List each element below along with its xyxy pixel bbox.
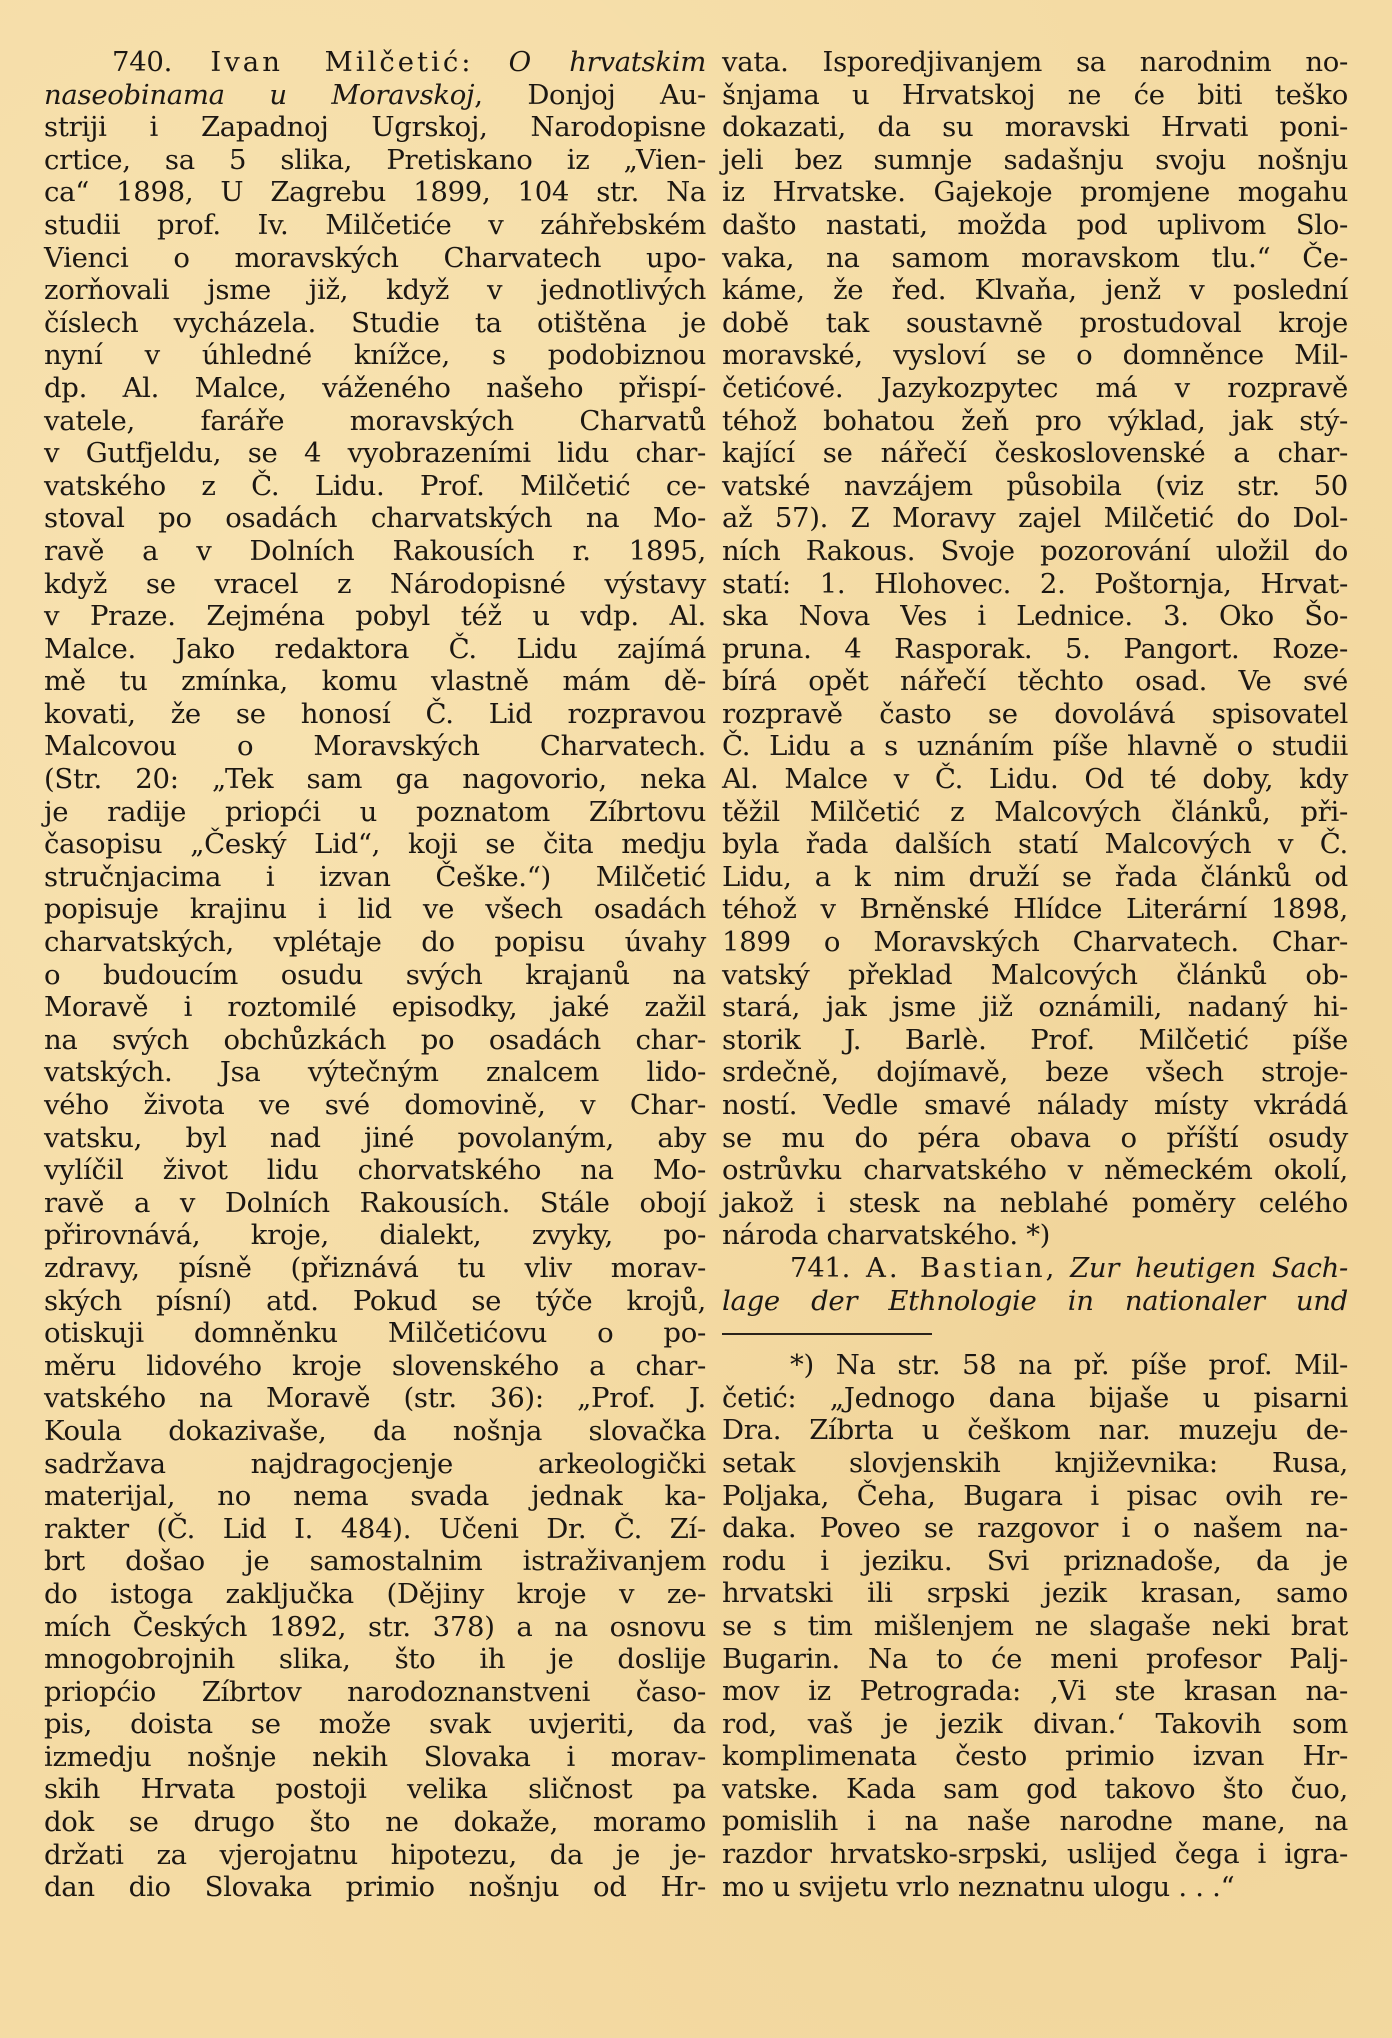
text-line: ských písní) atd. Pokud se týče krojů, xyxy=(44,1285,706,1318)
text-line: Č. Lidu a s uznáním píše hlavně o studii xyxy=(722,730,1348,763)
text-line: materijal, no nema svada jednak ka- xyxy=(44,1480,706,1513)
text-line: dok se drugo što ne dokaže, moramo xyxy=(44,1806,706,1839)
text-line: skih Hrvata postoji velika sličnost pa xyxy=(44,1773,706,1806)
text-line: razdor hrvatsko-srpski, uslijed čega i i… xyxy=(722,1838,1348,1871)
text-line: se mu do péra obava o příští osudy xyxy=(722,1122,1348,1155)
text-line: vylíčil život lidu chorvatského na Mo- xyxy=(44,1154,706,1187)
text-line: vatských. Jsa výtečným znalcem lido- xyxy=(44,1056,706,1089)
right-column: vata. Isporedjivanjem sa narodnim no-šnj… xyxy=(722,46,1348,1903)
text-line: těžil Milčetić z Malcových článků, při- xyxy=(722,796,1348,829)
text-line: rakter (Č. Lid I. 484). Učeni Dr. Č. Zí- xyxy=(44,1513,706,1546)
text-line: dašto nastati, možda pod uplivom Slo- xyxy=(722,209,1348,242)
text-line: pruna. 4 Rasporak. 5. Pangort. Roze- xyxy=(722,633,1348,666)
text-line: ca“ 1898, U Zagrebu 1899, 104 str. Na xyxy=(44,176,706,209)
text-line: do istoga zaključka (Dějiny kroje v ze- xyxy=(44,1578,706,1611)
text-line: jakož i stesk na neblahé poměry celého xyxy=(722,1187,1348,1220)
text-line: o budoucím osudu svých krajanů na xyxy=(44,959,706,992)
entry-author: Ivan Milčetić xyxy=(210,46,461,78)
text-line: káme, že řed. Klvaňa, jenž v poslední xyxy=(722,274,1348,307)
text-line: komplimenata često primio izvan Hr- xyxy=(722,1740,1348,1773)
text-line: rozpravě často se dovolává spisovatel xyxy=(722,698,1348,731)
text-line: (Str. 20: „Tek sam ga nagovorio, neka xyxy=(44,763,706,796)
footnote: *) Na str. 58 na př. píše prof. Mil-četi… xyxy=(722,1349,1348,1903)
text-line: době tak soustavně prostudoval kroje xyxy=(722,307,1348,340)
text-line: rodu i jeziku. Svi priznadoše, da je xyxy=(722,1545,1348,1578)
text-line: vatského z Č. Lidu. Prof. Milčetić ce- xyxy=(44,470,706,503)
text-line: ska Nova Ves i Lednice. 3. Oko Šo- xyxy=(722,600,1348,633)
text-line: mích Českých 1892, str. 378) a na osnovu xyxy=(44,1611,706,1644)
text-line: Lidu, a k nim druží se řada článků od xyxy=(722,861,1348,894)
text-line: izmedju nošnje nekih Slovaka i morav- xyxy=(44,1741,706,1774)
text-line: vatske. Kada sam god takovo što čuo, xyxy=(722,1773,1348,1806)
text-line: hrvatski ili srpski jezik krasan, samo xyxy=(722,1577,1348,1610)
text-line: vatský překlad Malcových článků ob- xyxy=(722,959,1348,992)
text-line: mě tu zmínka, komu vlastně mám dě- xyxy=(44,665,706,698)
text-line: téhož v Brněnské Hlídce Literární 1898, xyxy=(722,893,1348,926)
text-line: dokazati, da su moravski Hrvati poni- xyxy=(722,111,1348,144)
text-line: šnjama u Hrvatskoj ne će biti teško xyxy=(722,79,1348,112)
text-line: zorňovali jsme již, když v jednotlivých xyxy=(44,274,706,307)
text-line: četić: „Jednogo dana bijaše u pisarni xyxy=(722,1382,1348,1415)
text-line: naseobinama u Moravskoj, Donjoj Au- xyxy=(44,79,706,112)
entry-number: 741. xyxy=(790,1252,850,1284)
text-line: rod, vaš je jezik divan.‘ Takovih som xyxy=(722,1708,1348,1741)
text-line: priopćio Zíbrtov narodoznanstveni časo- xyxy=(44,1676,706,1709)
text-line: vatele, faráře moravských Charvatů xyxy=(44,405,706,438)
text-line: ností. Vedle smavé nálady místy vkrádá xyxy=(722,1089,1348,1122)
footnote-divider xyxy=(722,1333,932,1335)
text-line: mnogobrojnih slika, što ih je doslije xyxy=(44,1643,706,1676)
text-line: četićové. Jazykozpytec má v rozpravě xyxy=(722,372,1348,405)
text-line: vatské navzájem působila (viz str. 50 xyxy=(722,470,1348,503)
entry-740-body: naseobinama u Moravskoj, Donjoj Au-strij… xyxy=(44,79,706,1904)
entry-title-start: O hrvatskim xyxy=(509,46,706,78)
entry-title: Zur heutigen Sach- xyxy=(1070,1252,1348,1284)
text-line: dp. Al. Malce, váženého našeho přispí- xyxy=(44,372,706,405)
text-line: přirovnává, kroje, dialekt, zvyky, po- xyxy=(44,1219,706,1252)
text-line: striji i Zapadnoj Ugrskoj, Narodopisne xyxy=(44,111,706,144)
left-column: 740. Ivan Milčetić: O hrvatskim naseobin… xyxy=(44,46,706,1904)
text-line: jeli bez sumnje sadašnju svoju nošnju xyxy=(722,144,1348,177)
text-line: stoval po osadách charvatských na Mo- xyxy=(44,502,706,535)
text-line: když se vracel z Národopisné výstavy xyxy=(44,568,706,601)
text-line: pis, doista se može svak uvjeriti, da xyxy=(44,1708,706,1741)
text-line: brt došao je samostalnim istraživanjem xyxy=(44,1545,706,1578)
text-line: mo u svijetu vrlo neznatnu ulogu . . .“ xyxy=(722,1871,1348,1904)
text-line: národa charvatského. *) xyxy=(722,1219,1348,1252)
entry-author: A. Bastian xyxy=(866,1252,1046,1284)
entry-741-title-continued: lage der Ethnologie in nationaler und xyxy=(722,1285,1348,1318)
text-line: číslech vycházela. Studie ta otištěna je xyxy=(44,307,706,340)
text-line: studii prof. Iv. Milčetiće v záhřebském xyxy=(44,209,706,242)
text-line: kovati, že se honosí Č. Lid rozpravou xyxy=(44,698,706,731)
text-line: měru lidového kroje slovenského a char- xyxy=(44,1350,706,1383)
text-line: daka. Poveo se razgovor i o našem na- xyxy=(722,1512,1348,1545)
entry-740-heading: 740. Ivan Milčetić: O hrvatskim xyxy=(44,46,706,79)
text-line: až 57). Z Moravy zajel Milčetić do Dol- xyxy=(722,502,1348,535)
text-line: Bugarin. Na to će meni profesor Palj- xyxy=(722,1643,1348,1676)
text-line: iz Hrvatske. Gajekoje promjene mogahu xyxy=(722,176,1348,209)
text-line: Vienci o moravských Charvatech upo- xyxy=(44,242,706,275)
text-line: nyní v úhledné knížce, s podobiznou xyxy=(44,339,706,372)
text-line: ravě a v Dolních Rakousích. Stále obojí xyxy=(44,1187,706,1220)
entry-740-continuation: vata. Isporedjivanjem sa narodnim no-šnj… xyxy=(722,46,1348,1252)
text-line: charvatských, vplétaje do popisu úvahy xyxy=(44,926,706,959)
text-line: pomislih i na naše narodne mane, na xyxy=(722,1805,1348,1838)
text-line: popisuje krajinu i lid ve všech osadách xyxy=(44,893,706,926)
text-line: časopisu „Český Lid“, koji se čita medju xyxy=(44,828,706,861)
text-line: na svých obchůzkách po osadách char- xyxy=(44,1024,706,1057)
text-line: srdečně, dojímavě, beze všech stroje- xyxy=(722,1056,1348,1089)
text-line: stručnjacima i izvan Češke.“) Milčetić xyxy=(44,861,706,894)
text-line: sadržava najdragocjenje arkeologički xyxy=(44,1448,706,1481)
text-line: bírá opět nářečí těchto osad. Ve své xyxy=(722,665,1348,698)
text-line: dan dio Slovaka primio nošnju od Hr- xyxy=(44,1871,706,1904)
text-line: Al. Malce v Č. Lidu. Od té doby, kdy xyxy=(722,763,1348,796)
text-line: ních Rakous. Svoje pozorování uložil do xyxy=(722,535,1348,568)
text-line: Malce. Jako redaktora Č. Lidu zajímá xyxy=(44,633,706,666)
text-line: držati za vjerojatnu hipotezu, da je je- xyxy=(44,1839,706,1872)
text-line: storik J. Barlè. Prof. Milčetić píše xyxy=(722,1024,1348,1057)
text-line: ravě a v Dolních Rakousích r. 1895, xyxy=(44,535,706,568)
text-line: je radije priopći u poznatom Zíbrtovu xyxy=(44,796,706,829)
text-line: vata. Isporedjivanjem sa narodnim no- xyxy=(722,46,1348,79)
text-line: *) Na str. 58 na př. píše prof. Mil- xyxy=(722,1349,1348,1382)
text-line: kající se nářečí československé a char- xyxy=(722,437,1348,470)
text-line: moravské, vysloví se o domněnce Mil- xyxy=(722,339,1348,372)
text-line: Malcovou o Moravských Charvatech. xyxy=(44,730,706,763)
text-line: se s tim mišlenjem ne slagaše neki brat xyxy=(722,1610,1348,1643)
text-line: Koula dokazivaše, da nošnja slovačka xyxy=(44,1415,706,1448)
text-line: stará, jak jsme již oznámili, nadaný hi- xyxy=(722,991,1348,1024)
entry-number: 740. xyxy=(112,46,172,78)
text-line: crtice, sa 5 slika, Pretiskano iz „Vien- xyxy=(44,144,706,177)
text-line: vatského na Moravě (str. 36): „Prof. J. xyxy=(44,1382,706,1415)
text-line: setak slovjenskih književnika: Rusa, xyxy=(722,1447,1348,1480)
text-line: téhož bohatou žeň pro výklad, jak stý- xyxy=(722,405,1348,438)
text-line: zdravy, písně (přiznává tu vliv morav- xyxy=(44,1252,706,1285)
text-line: vaka, na samom moravskom tlu.“ Če- xyxy=(722,242,1348,275)
text-line: otiskuji domněnku Milčetićovu o po- xyxy=(44,1317,706,1350)
text-line: v Praze. Zejména pobyl též u vdp. Al. xyxy=(44,600,706,633)
text-line: statí: 1. Hlohovec. 2. Poštornja, Hrvat- xyxy=(722,568,1348,601)
entry-741-heading: 741. A. Bastian, Zur heutigen Sach- xyxy=(722,1252,1348,1285)
text-line: byla řada dalších statí Malcových v Č. xyxy=(722,828,1348,861)
text-line: Dra. Zíbrta u češkom nar. muzeju de- xyxy=(722,1414,1348,1447)
text-line: Poljaka, Čeha, Bugara i pisac ovih re- xyxy=(722,1480,1348,1513)
text-line: vého života ve své domovině, v Char- xyxy=(44,1089,706,1122)
text-line: mov iz Petrograda: ‚Vi ste krasan na- xyxy=(722,1675,1348,1708)
text-line: v Gutfjeldu, se 4 vyobrazeními lidu char… xyxy=(44,437,706,470)
text-line: Moravě i roztomilé episodky, jaké zažil xyxy=(44,991,706,1024)
text-line: vatsku, byl nad jiné povolaným, aby xyxy=(44,1122,706,1155)
text-line: 1899 o Moravských Charvatech. Char- xyxy=(722,926,1348,959)
text-line: ostrůvku charvatského v německém okolí, xyxy=(722,1154,1348,1187)
